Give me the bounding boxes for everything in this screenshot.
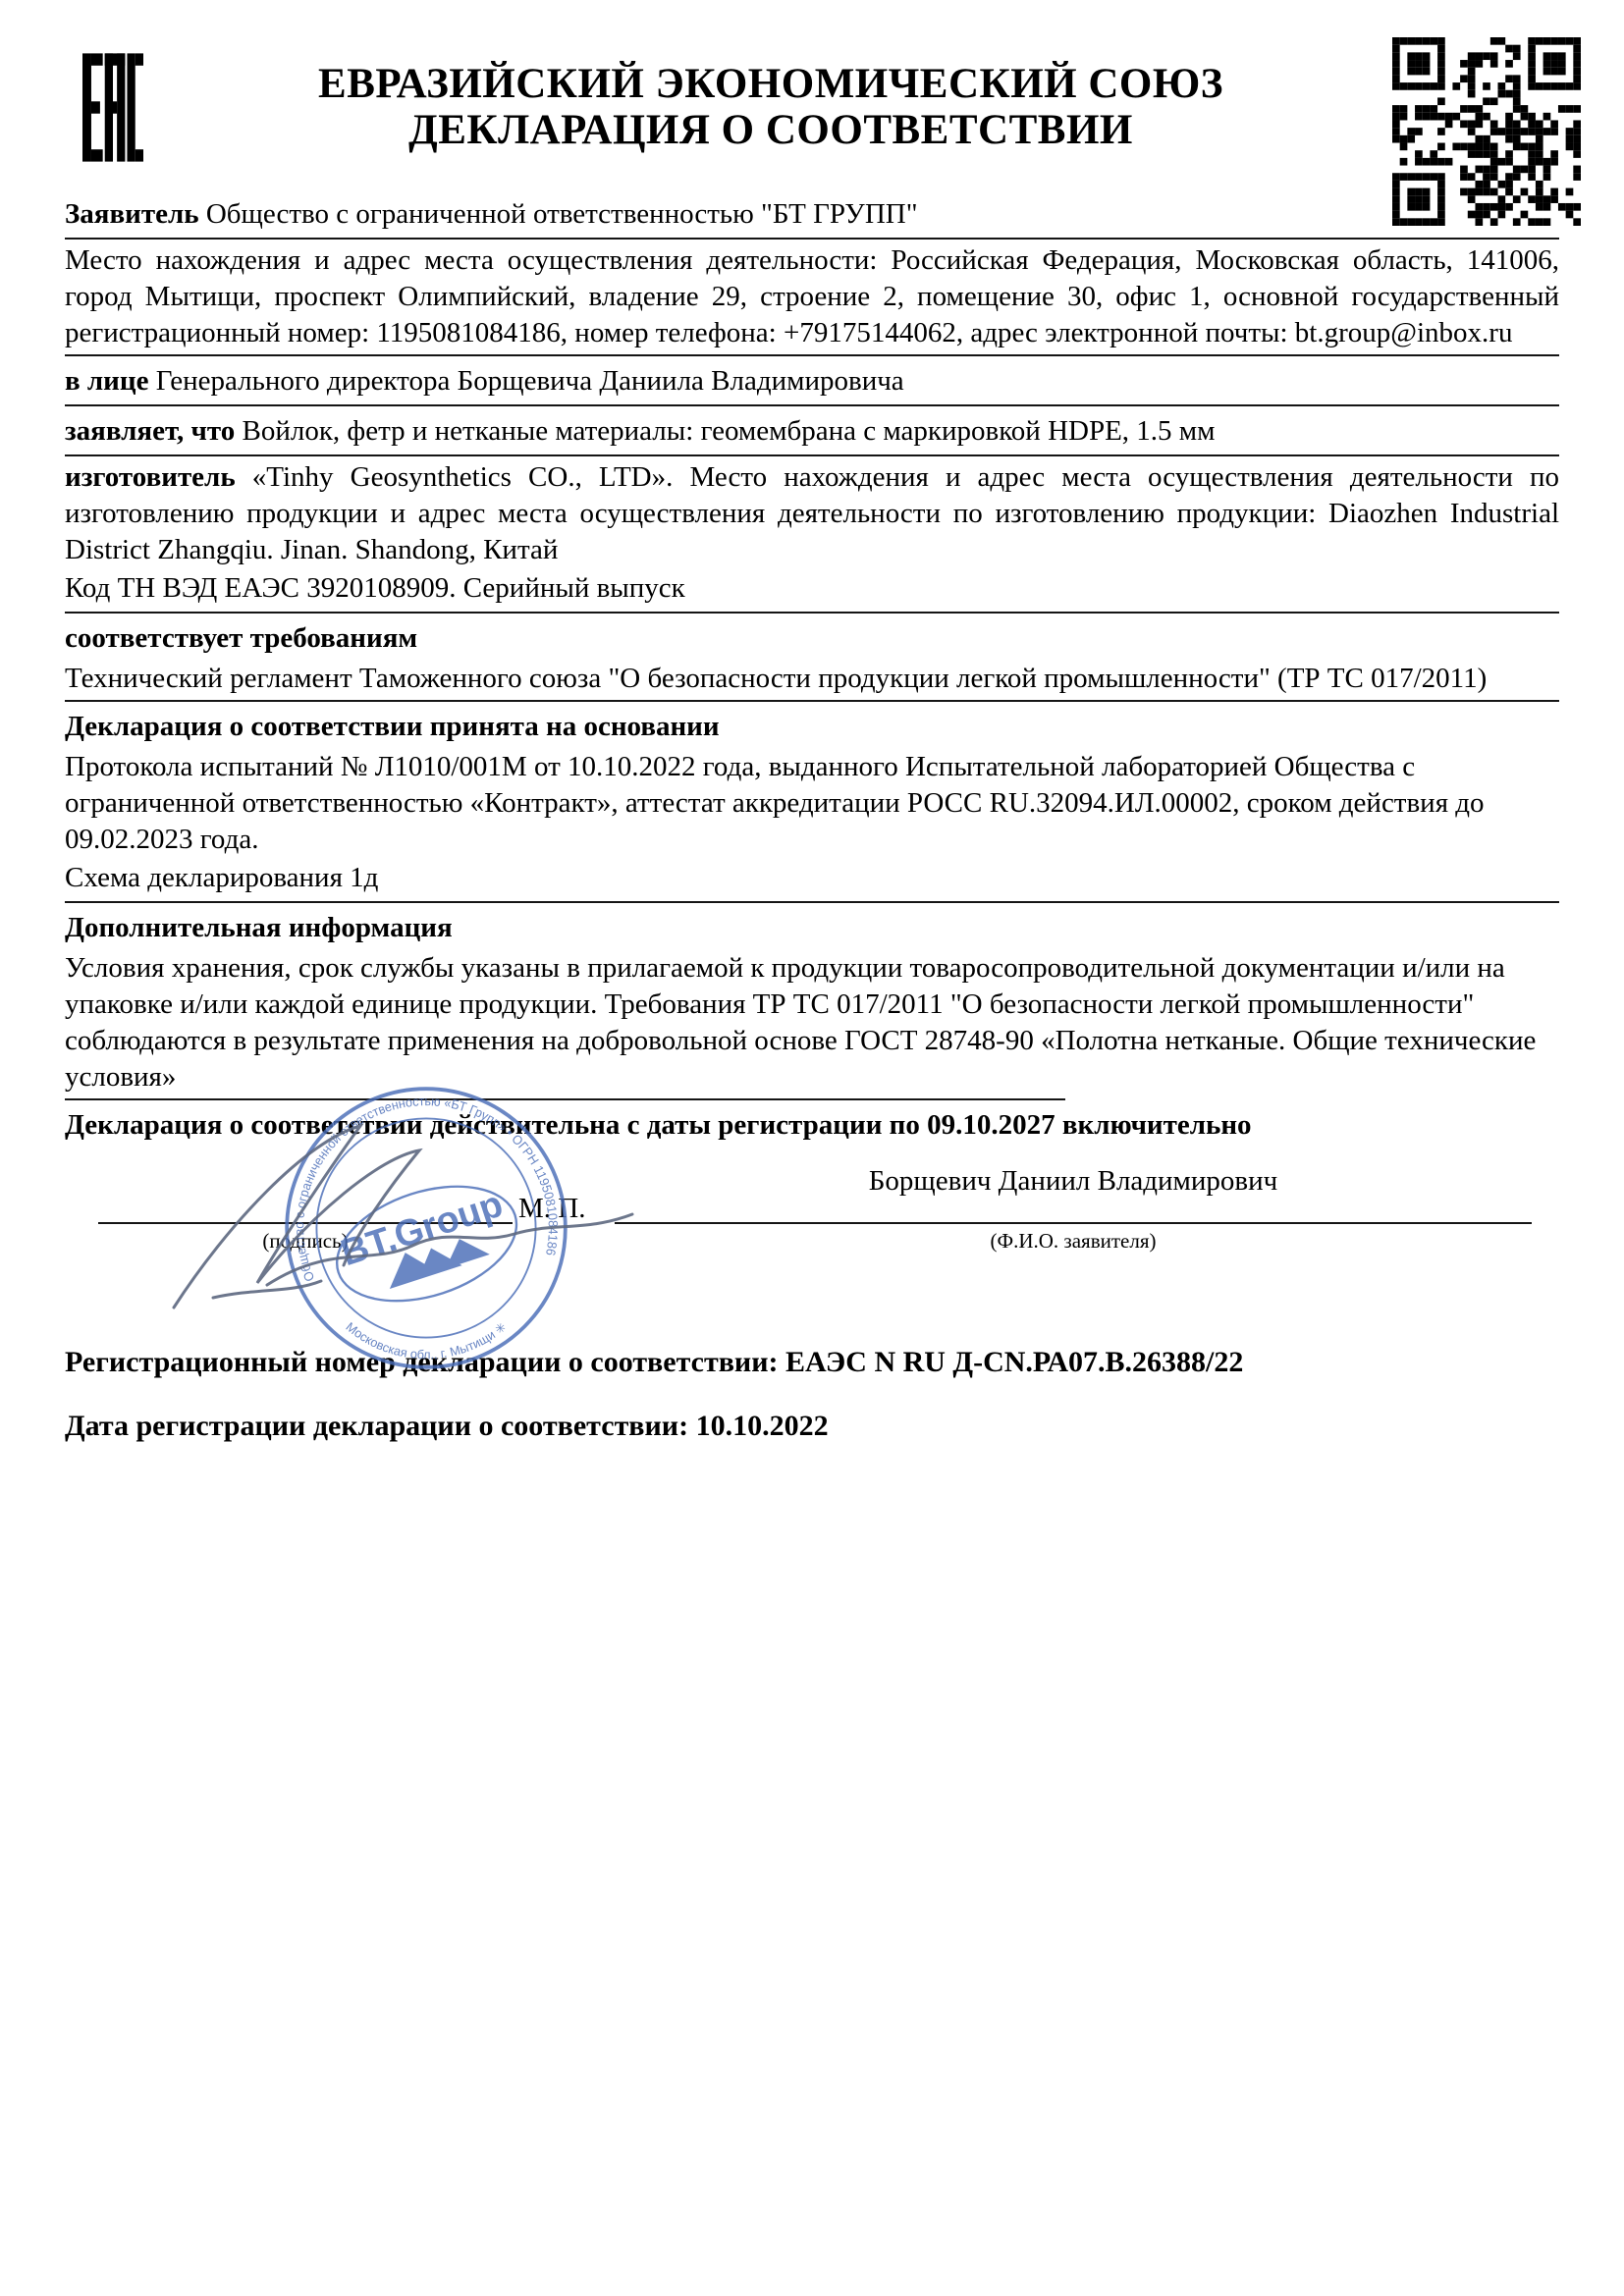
declares-row: заявляет, что Войлок, фетр и нетканые ма…	[65, 409, 1559, 452]
divider-short	[65, 1098, 1065, 1100]
in-person-label: в лице	[65, 365, 148, 397]
signature-caption: (подпись)	[98, 1228, 513, 1254]
divider	[65, 404, 1559, 406]
declares-value: Войлок, фетр и нетканые материалы: геоме…	[243, 415, 1216, 447]
signature-line	[98, 1222, 513, 1224]
divider	[65, 700, 1559, 702]
manufacturer-label: изготовитель	[65, 461, 236, 493]
divider	[65, 354, 1559, 356]
scheme-row: Схема декларирования 1д	[65, 860, 1559, 898]
tnved-row: Код ТН ВЭД ЕАЭС 3920108909. Серийный вып…	[65, 570, 1559, 609]
eac-logo	[82, 51, 143, 164]
fio-caption: (Ф.И.О. заявителя)	[615, 1228, 1532, 1254]
declaration-document: ЕВРАЗИЙСКИЙ ЭКОНОМИЧЕСКИЙ СОЮЗ ДЕКЛАРАЦИ…	[0, 0, 1624, 2296]
basis-value: Протокола испытаний № Л1010/001М от 10.1…	[65, 749, 1559, 858]
document-header: ЕВРАЗИЙСКИЙ ЭКОНОМИЧЕСКИЙ СОЮЗ ДЕКЛАРАЦИ…	[157, 61, 1384, 153]
manufacturer-value: «Tinhy Geosynthetics CO., LTD». Место на…	[65, 461, 1559, 565]
applicant-value: Общество с ограниченной ответственностью…	[206, 198, 918, 230]
additional-value: Условия хранения, срок службы указаны в …	[65, 950, 1559, 1095]
divider	[65, 454, 1559, 456]
union-title: ЕВРАЗИЙСКИЙ ЭКОНОМИЧЕСКИЙ СОЮЗ	[157, 61, 1384, 107]
registration-date-value: 10.10.2022	[696, 1410, 829, 1442]
divider	[65, 238, 1559, 240]
divider	[65, 612, 1559, 614]
validity-row: Декларация о соответствии действительна …	[65, 1103, 1559, 1146]
validity-label: Декларация о соответствии действительна	[65, 1109, 620, 1141]
applicant-row: Заявитель Общество с ограниченной ответс…	[65, 192, 1559, 235]
registration-number-value: ЕАЭС N RU Д-CN.РА07.В.26388/22	[785, 1346, 1243, 1378]
fio-line	[615, 1222, 1532, 1224]
validity-value: с даты регистрации по 09.10.2027 включит…	[627, 1109, 1252, 1141]
manufacturer-paragraph: изготовитель «Tinhy Geosynthetics CO., L…	[65, 459, 1559, 568]
applicant-address: Место нахождения и адрес места осуществл…	[65, 242, 1559, 351]
conforms-label: соответствует требованиям	[65, 616, 1559, 659]
document-title: ДЕКЛАРАЦИЯ О СООТВЕТСТВИИ	[157, 107, 1384, 153]
registration-date-row: Дата регистрации декларации о соответств…	[65, 1408, 1559, 1444]
divider	[65, 901, 1559, 903]
signature-block: Общество с ограниченной ответственностью…	[65, 1159, 1559, 1314]
additional-label: Дополнительная информация	[65, 906, 1559, 948]
declares-label: заявляет, что	[65, 415, 235, 447]
applicant-fio: Борщевич Даниил Владимирович	[615, 1163, 1532, 1200]
conforms-value: Технический регламент Таможенного союза …	[65, 661, 1559, 697]
in-person-value: Генерального директора Борщевича Даниила…	[156, 365, 904, 397]
in-person-row: в лице Генерального директора Борщевича …	[65, 359, 1559, 401]
document-body: Заявитель Общество с ограниченной ответс…	[65, 192, 1559, 1444]
registration-number-label: Регистрационный номер декларации о соотв…	[65, 1346, 779, 1378]
stamp-place-label: М. П.	[518, 1191, 585, 1227]
applicant-label: Заявитель	[65, 198, 199, 230]
registration-date-label: Дата регистрации декларации о соответств…	[65, 1410, 688, 1442]
basis-label: Декларация о соответствии принята на осн…	[65, 705, 1559, 747]
registration-number-row: Регистрационный номер декларации о соотв…	[65, 1344, 1559, 1380]
